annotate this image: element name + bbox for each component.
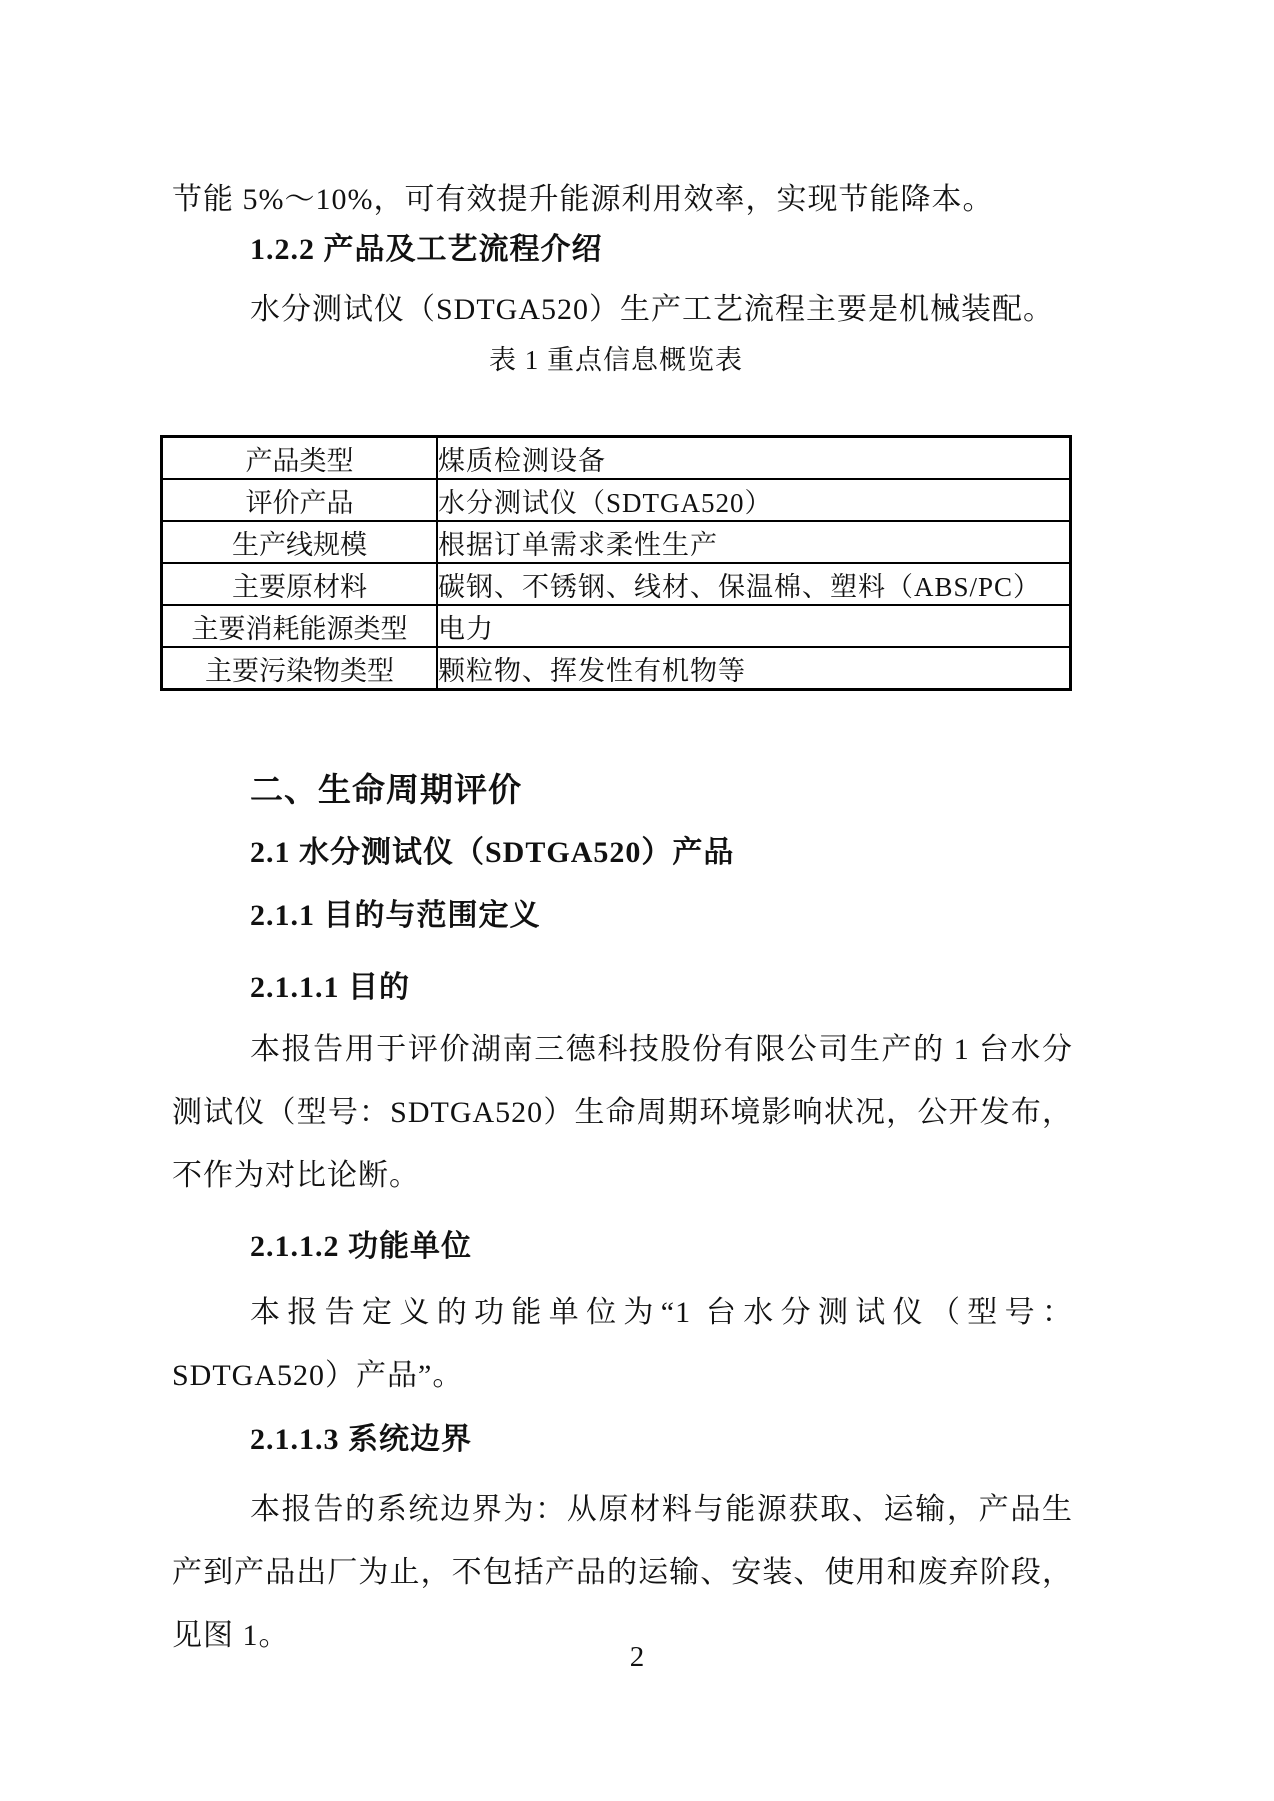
row-label-cell: 主要消耗能源类型 — [162, 605, 438, 647]
row-label-cell: 产品类型 — [162, 437, 438, 480]
paragraph-functional-unit: 本报告定义的功能单位为“1 台水分测试仪（型号：SDTGA520）产品”。 — [172, 1281, 1073, 1407]
heading-2-1-1-1: 2.1.1.1 目的 — [250, 968, 410, 1008]
row-value-cell: 煤质检测设备 — [437, 437, 1071, 480]
heading-2-1: 2.1 水分测试仪（SDTGA520）产品 — [250, 833, 734, 873]
table-caption: 表 1 重点信息概览表 — [160, 340, 1072, 380]
key-info-table: 产品类型 煤质检测设备 评价产品 水分测试仪（SDTGA520） 生产线规模 根… — [160, 435, 1072, 691]
row-value-cell: 颗粒物、挥发性有机物等 — [437, 647, 1071, 690]
row-value-cell: 电力 — [437, 605, 1071, 647]
row-label-cell: 主要污染物类型 — [162, 647, 438, 690]
row-label-cell: 生产线规模 — [162, 521, 438, 563]
row-label-cell: 评价产品 — [162, 479, 438, 521]
row-value-cell: 根据订单需求柔性生产 — [437, 521, 1071, 563]
table-row: 主要消耗能源类型 电力 — [162, 605, 1071, 647]
row-label-cell: 主要原材料 — [162, 563, 438, 605]
row-value-cell: 水分测试仪（SDTGA520） — [437, 479, 1071, 521]
document-page: 节能 5%～10%，可有效提升能源利用效率，实现节能降本。 1.2.2 产品及工… — [0, 0, 1274, 1801]
table-row: 评价产品 水分测试仪（SDTGA520） — [162, 479, 1071, 521]
table-row: 生产线规模 根据订单需求柔性生产 — [162, 521, 1071, 563]
row-value-cell: 碳钢、不锈钢、线材、保温棉、塑料（ABS/PC） — [437, 563, 1071, 605]
heading-2-1-1-3: 2.1.1.3 系统边界 — [250, 1420, 472, 1460]
heading-section-2: 二、生命周期评价 — [250, 769, 522, 813]
table-row: 主要原材料 碳钢、不锈钢、线材、保温棉、塑料（ABS/PC） — [162, 563, 1071, 605]
heading-2-1-1: 2.1.1 目的与范围定义 — [250, 896, 541, 936]
heading-1-2-2: 1.2.2 产品及工艺流程介绍 — [250, 230, 603, 270]
table-row: 产品类型 煤质检测设备 — [162, 437, 1071, 480]
paragraph-1-2-2: 水分测试仪（SDTGA520）生产工艺流程主要是机械装配。 — [172, 278, 1073, 341]
heading-2-1-1-2: 2.1.1.2 功能单位 — [250, 1227, 472, 1267]
page-number: 2 — [0, 1637, 1274, 1677]
paragraph-purpose: 本报告用于评价湖南三德科技股份有限公司生产的 1 台水分测试仪（型号：SDTGA… — [172, 1018, 1073, 1207]
paragraph-continuation: 节能 5%～10%，可有效提升能源利用效率，实现节能降本。 — [172, 168, 1073, 231]
table-row: 主要污染物类型 颗粒物、挥发性有机物等 — [162, 647, 1071, 690]
